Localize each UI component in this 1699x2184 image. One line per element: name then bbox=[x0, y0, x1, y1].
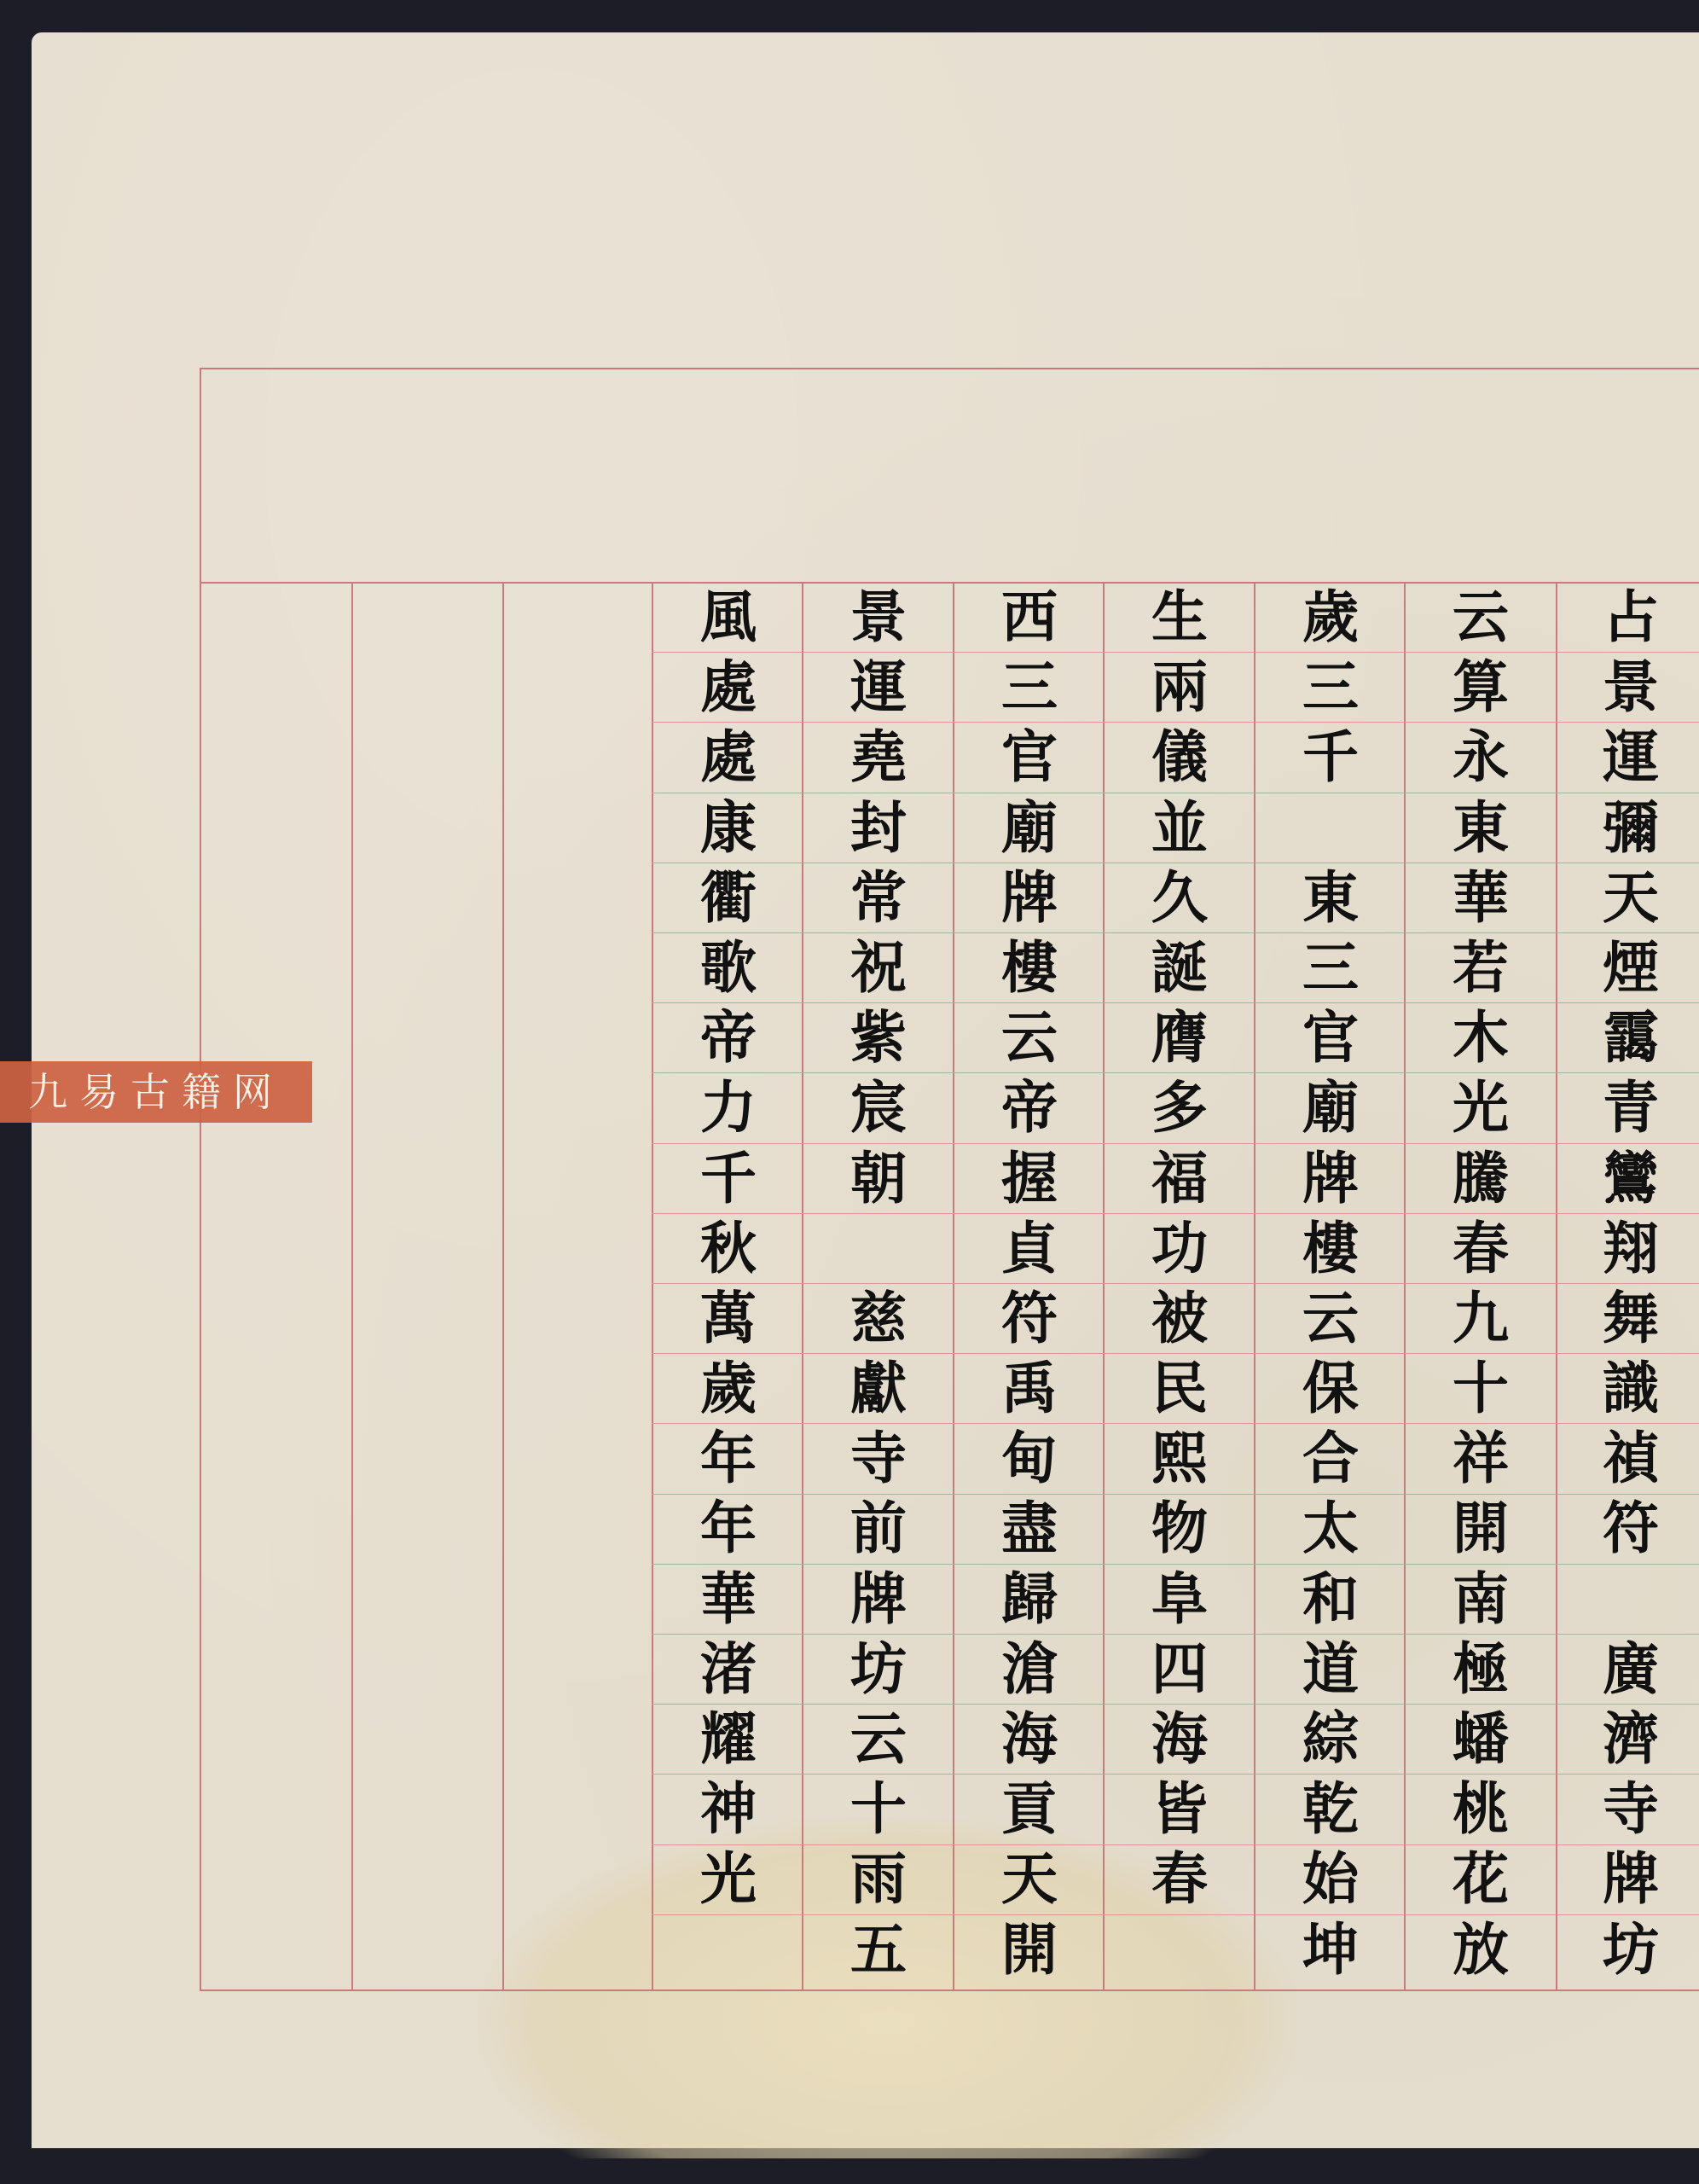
glyph: 蟠 bbox=[1453, 1704, 1509, 1774]
glyph bbox=[850, 1213, 907, 1283]
text-column-1: 占景運彌天煙靄青鸞翔舞識禎符 廣濟寺牌坊 bbox=[1556, 582, 1699, 1984]
glyph: 處 bbox=[700, 652, 757, 722]
glyph: 朝 bbox=[850, 1143, 907, 1213]
glyph: 萬 bbox=[700, 1283, 757, 1353]
glyph: 千 bbox=[1302, 722, 1359, 792]
glyph: 民 bbox=[1151, 1353, 1208, 1423]
glyph: 生 bbox=[1151, 582, 1208, 652]
glyph: 彌 bbox=[1603, 793, 1659, 863]
glyph: 歲 bbox=[1302, 582, 1359, 652]
glyph: 阜 bbox=[1151, 1564, 1208, 1634]
text-column-4: 生兩儀並久誕膺多福功被民熙物阜四海皆春 bbox=[1105, 582, 1255, 1914]
glyph: 海 bbox=[1151, 1704, 1208, 1774]
glyph: 多 bbox=[1151, 1072, 1208, 1142]
glyph: 放 bbox=[1453, 1914, 1509, 1984]
glyph: 南 bbox=[1453, 1564, 1509, 1634]
glyph: 算 bbox=[1453, 652, 1509, 722]
glyph: 運 bbox=[1603, 722, 1659, 792]
glyph: 景 bbox=[1603, 652, 1659, 722]
glyph: 光 bbox=[1453, 1072, 1509, 1142]
glyph: 慈 bbox=[850, 1283, 907, 1353]
glyph: 三 bbox=[1001, 652, 1058, 722]
frame-top-line bbox=[200, 368, 1699, 369]
glyph: 牌 bbox=[850, 1564, 907, 1634]
glyph: 物 bbox=[1151, 1493, 1208, 1563]
glyph: 堯 bbox=[850, 722, 907, 792]
glyph: 煙 bbox=[1603, 932, 1659, 1002]
glyph: 甸 bbox=[1001, 1423, 1058, 1493]
glyph: 風 bbox=[700, 582, 757, 652]
glyph: 坊 bbox=[1603, 1914, 1659, 1984]
glyph: 熙 bbox=[1151, 1423, 1208, 1493]
glyph: 綜 bbox=[1302, 1704, 1359, 1774]
glyph: 乾 bbox=[1302, 1774, 1359, 1844]
glyph: 貞 bbox=[1001, 1213, 1058, 1283]
glyph: 景 bbox=[850, 582, 907, 652]
glyph: 坊 bbox=[850, 1634, 907, 1704]
glyph: 年 bbox=[700, 1423, 757, 1493]
glyph: 帝 bbox=[1001, 1072, 1058, 1142]
glyph: 廟 bbox=[1001, 793, 1058, 863]
glyph: 官 bbox=[1302, 1002, 1359, 1072]
column-divider bbox=[351, 582, 353, 1989]
glyph bbox=[1302, 793, 1359, 863]
glyph: 樓 bbox=[1001, 932, 1058, 1002]
glyph: 宸 bbox=[850, 1072, 907, 1142]
glyph: 若 bbox=[1453, 932, 1509, 1002]
glyph: 翔 bbox=[1603, 1213, 1659, 1283]
glyph: 禎 bbox=[1603, 1423, 1659, 1493]
text-column-2: 云算永東華若木光騰春九十祥開南極蟠桃花放 bbox=[1406, 582, 1556, 1984]
glyph: 云 bbox=[1001, 1002, 1058, 1072]
glyph: 秋 bbox=[700, 1213, 757, 1283]
glyph: 東 bbox=[1453, 793, 1509, 863]
glyph: 年 bbox=[700, 1493, 757, 1563]
glyph: 春 bbox=[1151, 1844, 1208, 1914]
glyph: 被 bbox=[1151, 1283, 1208, 1353]
glyph: 保 bbox=[1302, 1353, 1359, 1423]
glyph: 獻 bbox=[850, 1353, 907, 1423]
glyph: 濟 bbox=[1603, 1704, 1659, 1774]
glyph: 始 bbox=[1302, 1844, 1359, 1914]
glyph: 符 bbox=[1001, 1283, 1058, 1353]
glyph: 云 bbox=[1453, 582, 1509, 652]
glyph: 鸞 bbox=[1603, 1143, 1659, 1213]
glyph: 五 bbox=[850, 1914, 907, 1984]
glyph: 盡 bbox=[1001, 1493, 1058, 1563]
glyph: 靄 bbox=[1603, 1002, 1659, 1072]
glyph: 渚 bbox=[700, 1634, 757, 1704]
glyph: 東 bbox=[1302, 863, 1359, 932]
glyph: 坤 bbox=[1302, 1914, 1359, 1984]
glyph: 三 bbox=[1302, 932, 1359, 1002]
glyph: 廣 bbox=[1603, 1634, 1659, 1704]
glyph: 永 bbox=[1453, 722, 1509, 792]
glyph: 歌 bbox=[700, 932, 757, 1002]
glyph: 貢 bbox=[1001, 1774, 1058, 1844]
glyph: 雨 bbox=[850, 1844, 907, 1914]
glyph: 開 bbox=[1453, 1493, 1509, 1563]
glyph: 華 bbox=[700, 1564, 757, 1634]
frame-left-line bbox=[200, 368, 201, 1991]
glyph: 青 bbox=[1603, 1072, 1659, 1142]
text-column-3: 歲三千 東三官廟牌樓云保合太和道綜乾始坤 bbox=[1255, 582, 1406, 1984]
glyph: 歲 bbox=[700, 1353, 757, 1423]
glyph: 騰 bbox=[1453, 1143, 1509, 1213]
column-divider bbox=[502, 582, 504, 1989]
glyph: 牌 bbox=[1302, 1143, 1359, 1213]
glyph: 木 bbox=[1453, 1002, 1509, 1072]
glyph: 久 bbox=[1151, 863, 1208, 932]
frame-bottom-line bbox=[200, 1989, 1699, 1991]
glyph: 禹 bbox=[1001, 1353, 1058, 1423]
glyph: 天 bbox=[1001, 1844, 1058, 1914]
glyph: 牌 bbox=[1603, 1844, 1659, 1914]
glyph: 廟 bbox=[1302, 1072, 1359, 1142]
glyph: 寺 bbox=[1603, 1774, 1659, 1844]
glyph: 歸 bbox=[1001, 1564, 1058, 1634]
glyph: 官 bbox=[1001, 722, 1058, 792]
glyph: 光 bbox=[700, 1844, 757, 1914]
glyph: 誕 bbox=[1151, 932, 1208, 1002]
text-column-7: 風處處康衢歌帝力千秋萬歲年年華渚耀神光 bbox=[653, 582, 803, 1914]
glyph: 握 bbox=[1001, 1143, 1058, 1213]
glyph: 神 bbox=[700, 1774, 757, 1844]
glyph: 春 bbox=[1453, 1213, 1509, 1283]
glyph: 極 bbox=[1453, 1634, 1509, 1704]
glyph: 皆 bbox=[1151, 1774, 1208, 1844]
glyph: 十 bbox=[1453, 1353, 1509, 1423]
glyph: 天 bbox=[1603, 863, 1659, 932]
glyph: 海 bbox=[1001, 1704, 1058, 1774]
glyph: 封 bbox=[850, 793, 907, 863]
glyph: 儀 bbox=[1151, 722, 1208, 792]
watermark-label: 九易古籍网 bbox=[0, 1061, 312, 1123]
glyph: 太 bbox=[1302, 1493, 1359, 1563]
glyph: 祥 bbox=[1453, 1423, 1509, 1493]
glyph: 千 bbox=[700, 1143, 757, 1213]
glyph: 九 bbox=[1453, 1283, 1509, 1353]
glyph: 占 bbox=[1603, 582, 1659, 652]
glyph: 花 bbox=[1453, 1844, 1509, 1914]
glyph: 西 bbox=[1001, 582, 1058, 652]
glyph: 運 bbox=[850, 652, 907, 722]
glyph: 紫 bbox=[850, 1002, 907, 1072]
glyph: 云 bbox=[850, 1704, 907, 1774]
glyph: 衢 bbox=[700, 863, 757, 932]
glyph: 膺 bbox=[1151, 1002, 1208, 1072]
glyph bbox=[1603, 1564, 1659, 1634]
glyph: 耀 bbox=[700, 1704, 757, 1774]
glyph: 道 bbox=[1302, 1634, 1359, 1704]
glyph: 功 bbox=[1151, 1213, 1208, 1283]
glyph: 十 bbox=[850, 1774, 907, 1844]
glyph: 祝 bbox=[850, 932, 907, 1002]
glyph: 兩 bbox=[1151, 652, 1208, 722]
glyph: 華 bbox=[1453, 863, 1509, 932]
glyph: 識 bbox=[1603, 1353, 1659, 1423]
glyph: 牌 bbox=[1001, 863, 1058, 932]
glyph: 前 bbox=[850, 1493, 907, 1563]
glyph: 和 bbox=[1302, 1564, 1359, 1634]
glyph: 滄 bbox=[1001, 1634, 1058, 1704]
text-column-6: 景運堯封常祝紫宸朝 慈獻寺前牌坊云十雨五 bbox=[803, 582, 954, 1984]
glyph: 樓 bbox=[1302, 1213, 1359, 1283]
glyph: 寺 bbox=[850, 1423, 907, 1493]
glyph: 力 bbox=[700, 1072, 757, 1142]
glyph: 並 bbox=[1151, 793, 1208, 863]
glyph: 符 bbox=[1603, 1493, 1659, 1563]
glyph: 三 bbox=[1302, 652, 1359, 722]
text-column-5: 西三官廟牌樓云帝握貞符禹甸盡歸滄海貢天開 bbox=[954, 582, 1105, 1984]
glyph: 四 bbox=[1151, 1634, 1208, 1704]
glyph: 康 bbox=[700, 793, 757, 863]
glyph: 處 bbox=[700, 722, 757, 792]
glyph: 合 bbox=[1302, 1423, 1359, 1493]
glyph: 開 bbox=[1001, 1914, 1058, 1984]
glyph: 云 bbox=[1302, 1283, 1359, 1353]
glyph: 舞 bbox=[1603, 1283, 1659, 1353]
glyph: 常 bbox=[850, 863, 907, 932]
glyph: 福 bbox=[1151, 1143, 1208, 1213]
glyph: 桃 bbox=[1453, 1774, 1509, 1844]
glyph: 帝 bbox=[700, 1002, 757, 1072]
